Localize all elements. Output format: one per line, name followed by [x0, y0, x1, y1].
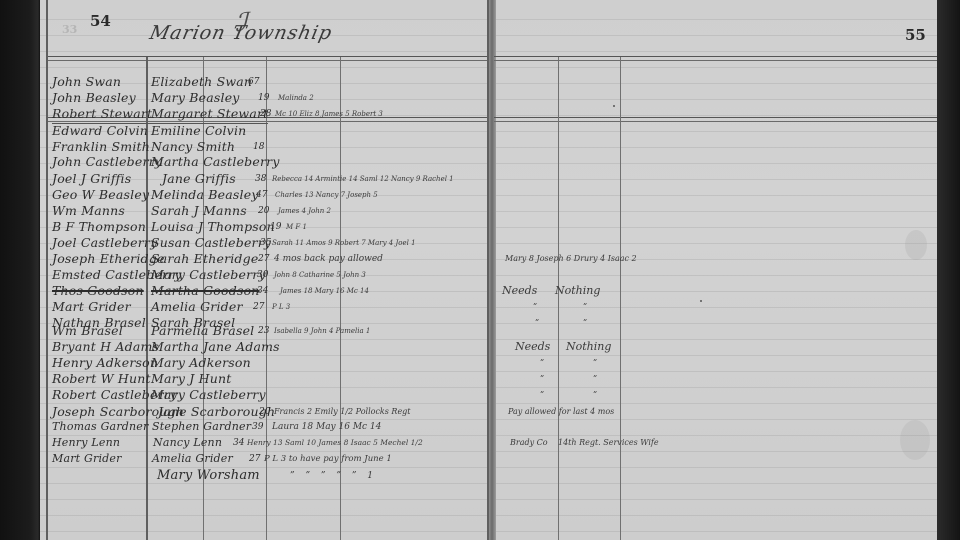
ledger-row: Robert Stewart Margaret Stewart 28 Mc 10… — [0, 105, 960, 123]
children-list: P L 3 to have pay from June 1 — [264, 450, 392, 468]
wife-age: 28 — [260, 105, 271, 123]
wife-name: Martha Castleberry — [151, 153, 280, 171]
wife-name: Mary Worsham — [157, 467, 260, 485]
page-title: Marion Township — [148, 22, 353, 44]
children-list: Mc 10 Eliz 8 James 5 Robert 3 — [275, 105, 383, 123]
husband-name: John Castleberry — [52, 153, 162, 171]
ghost-page-number: 33 — [62, 23, 77, 36]
wife-name: Amelia Grider — [152, 450, 233, 468]
left-page-number: 54 — [90, 12, 111, 30]
remarks-ditto: ” — [593, 386, 597, 404]
right-page-number: 55 — [905, 26, 926, 44]
husband-name: Mart Grider — [52, 450, 122, 468]
ledger-row: Mart Grider Amelia Grider 27 P L 3 to ha… — [0, 450, 960, 468]
ledger-row: John Castleberry Martha Castleberry — [0, 153, 960, 171]
ledger-row: Robert Castleberry Mary Castleberry ” ” — [0, 386, 960, 404]
wife-age: 27 — [249, 450, 260, 468]
children-list: ” ” ” ” ” 1 — [290, 467, 377, 485]
remarks-ditto: ” — [540, 386, 544, 404]
wife-name: Mary Castleberry — [151, 386, 266, 404]
ledger-row: Mary Worsham ” ” ” ” ” 1 — [0, 467, 960, 485]
header-rule-right — [494, 56, 937, 61]
scanned-ledger: 33 54 55 ℐ Marion Township John Swan Eli… — [0, 0, 960, 540]
